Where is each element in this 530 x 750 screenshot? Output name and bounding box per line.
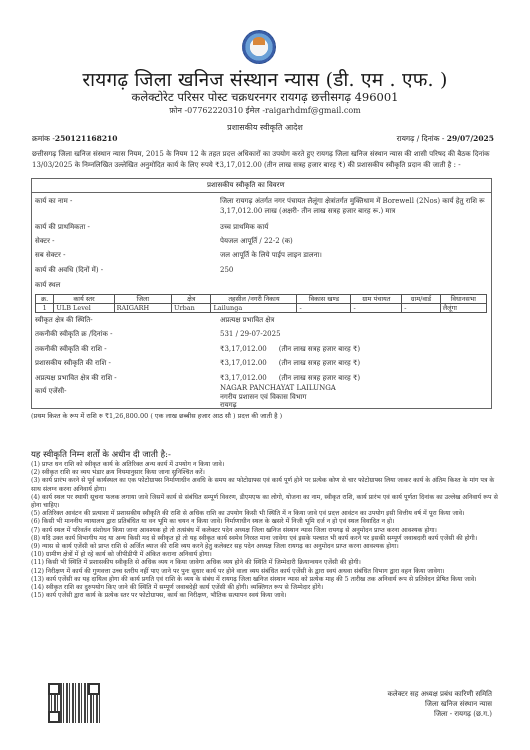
col-area: क्षेत्र [172, 295, 211, 304]
qr-code-icon[interactable] [48, 683, 100, 723]
col-block: विकास खण्ड [297, 295, 351, 304]
field-value-tech-sanction-amount: ₹3,17,012.00(तीन लाख सत्रह हजार बारह ₹) [220, 344, 485, 354]
signatory-line: जिला खनिज संस्थान न्यास [387, 699, 492, 709]
condition-item: (7) कार्य स्थल में परिवर्तन संशोधन किया … [31, 527, 501, 535]
col-tehsil: तहसील /नगरी निकाय [211, 295, 297, 304]
field-label-sub-sector: सब सेक्टर - [35, 250, 65, 260]
field-value-sector: पेयजल आपूर्ति / 22-2 (क) [220, 236, 485, 246]
field-label-work-location: कार्य स्थल [35, 280, 60, 290]
order-number-label: क्रमांक - [32, 134, 55, 143]
condition-item: (13) कार्य एजेंसी का यह दायित्व होगा की … [31, 576, 501, 584]
condition-item: (11) किसी भी स्थिति में प्रशासकीय स्वीकृ… [31, 559, 501, 567]
field-label-admin-sanction-amount: प्रशासकीय स्वीकृति की राशि - [35, 358, 111, 368]
field-label-priority: कार्य की प्राथमिकता - [35, 222, 90, 232]
condition-item: (3) कार्य प्रारंभ करने से पूर्व कार्यस्थ… [31, 477, 501, 493]
field-label-indirect-area-amount: अप्रत्यक्ष प्रभावित क्षेत्र की राशि - [35, 373, 117, 383]
order-date: रायगढ़ / दिनांक - 29/07/2025 [397, 134, 494, 144]
field-label-tech-sanction-amount: तकनीकी स्वीकृति की राशि - [35, 344, 107, 354]
field-label-work-name: कार्य का नाम - [35, 196, 72, 206]
conditions-list: (1) प्राप्त धन राशि को स्वीकृत कार्य के … [31, 461, 501, 600]
intro-paragraph: छत्तीसगढ़ जिला खनिज संस्थान न्यास नियम, … [32, 149, 494, 170]
field-value-admin-sanction-amount: ₹3,17,012.00(तीन लाख सत्रह हजार बारह ₹) [220, 358, 485, 368]
col-assembly: विधानसभा [440, 295, 486, 304]
condition-item: (12) निरीक्षण में कार्य की गुणवत्ता उच्च… [31, 568, 501, 576]
dmf-emblem-icon [242, 30, 276, 64]
table-row: 1 ULB Level RAIGARH Urban Lailunga - - -… [36, 304, 487, 313]
field-value-indirect-area-amount: ₹3,17,012.00(तीन लाख सत्रह हजार बारह ₹) [220, 373, 485, 383]
field-value-priority: उच्च प्राथमिक कार्य [220, 222, 485, 232]
order-title: प्रशासकीय स्वीकृति आदेश [0, 122, 530, 133]
field-value-sub-sector: जल आपूर्ति के लिये पाईप लाइन डालना। [220, 250, 485, 260]
col-work-level: कार्य स्तर [54, 295, 114, 304]
field-value-work-name: जिला रायगढ़ अंतर्गत नगर पंचायत लैलूंगा क… [220, 196, 485, 216]
first-installment-note: (प्रथम किश्त के रूप में राशि रु ₹1,26,80… [31, 411, 282, 420]
field-label-area-status: स्वीकृत क्षेत्र की स्थिति- [35, 315, 93, 325]
field-label-tech-sanction-no: तकनीकी स्वीकृति क्र /दिनांक - [35, 329, 112, 339]
field-value-agency: NAGAR PANCHAYAT LAILUNGA नगरीय प्रशासन ए… [220, 384, 485, 410]
organization-contact: फ़ोन -07762220310 ईमेल -raigarhdmf@gmail… [0, 105, 530, 116]
order-number-value: 250121168210 [55, 134, 118, 143]
col-sr: क्र. [36, 295, 54, 304]
approval-order-document: रायगढ़ जिला खनिज संस्थान न्यास (डी. एम .… [0, 0, 530, 750]
col-district: जिला [114, 295, 171, 304]
order-number: क्रमांक -250121168210 [32, 134, 118, 144]
conditions-title: यह स्वीकृति निम्न शर्तों के अधीन दी जाती… [31, 449, 171, 460]
details-box: प्रशासकीय स्वीकृति का विवरण कार्य का नाम… [31, 178, 492, 409]
condition-item: (6) किसी भी माननीय न्यायालय द्वारा प्रति… [31, 518, 501, 526]
signatory-line: जिला - रायगढ़ (छ.ग.) [387, 709, 492, 719]
condition-item: (8) यदि उक्त कार्य विभागीय मद या अन्य कि… [31, 535, 501, 543]
field-value-tech-sanction-no: 531 / 29-07-2025 [220, 329, 485, 339]
location-table: क्र. कार्य स्तर जिला क्षेत्र तहसील /नगरी… [35, 294, 487, 313]
location-table-header: क्र. कार्य स्तर जिला क्षेत्र तहसील /नगरी… [36, 295, 487, 304]
details-heading: प्रशासकीय स्वीकृति का विवरण [32, 179, 491, 193]
field-label-duration: कार्य की अवधि (दिनों में) - [35, 265, 103, 275]
signatory-line: कलेक्टर सह अध्यक्ष प्रबंध कारिणी समिति [387, 689, 492, 699]
order-date-label: रायगढ़ / दिनांक - [397, 134, 445, 143]
col-village-ward: ग्राम/वार्ड [402, 295, 440, 304]
field-label-sector: सेक्टर - [35, 236, 55, 246]
condition-item: (15) कार्य एजेंसी द्वारा कार्य के प्रत्य… [31, 592, 501, 600]
col-gram-panchayat: ग्राम पंचायत [351, 295, 402, 304]
field-value-duration: 250 [220, 265, 485, 275]
signatory-block: कलेक्टर सह अध्यक्ष प्रबंध कारिणी समिति ज… [387, 689, 492, 719]
organization-address: कलेक्टोरेट परिसर पोस्ट चक्रधरनगर रायगढ़ … [0, 90, 530, 105]
condition-item: (4) कार्य स्थल पर स्थायी सूचना फलक लगाया… [31, 494, 501, 510]
field-value-area-status: अप्रत्यक्ष प्रभावित क्षेत्र [220, 315, 485, 325]
field-label-agency: कार्य एजेंसी- [35, 386, 66, 396]
condition-item: (1) प्राप्त धन राशि को स्वीकृत कार्य के … [31, 461, 501, 469]
condition-item: (9) न्यास से कार्य एजेंसी को प्राप्त राश… [31, 543, 501, 551]
order-date-value: 29/07/2025 [447, 134, 494, 143]
organization-title: रायगढ़ जिला खनिज संस्थान न्यास (डी. एम .… [0, 66, 530, 92]
